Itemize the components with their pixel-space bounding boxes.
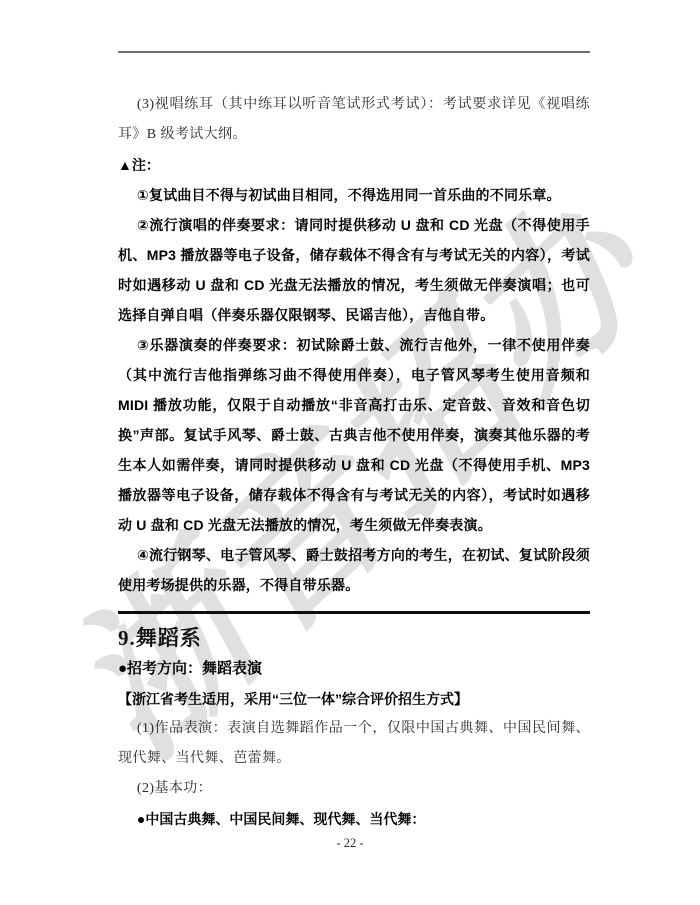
zhejiang-applicability-note: 【浙江省考生适用，采用“三位一体”综合评价招生方式】 xyxy=(118,684,590,714)
dance-item-1-performance: (1)作品表演：表演自选舞蹈作品一个，仅限中国古典舞、中国民间舞、现代舞、当代舞… xyxy=(118,714,590,774)
note-item-2: ②流行演唱的伴奏要求：请同时提供移动 U 盘和 CD 光盘（不得使用手机、MP3… xyxy=(118,210,590,330)
note-heading: ▲注： xyxy=(118,150,590,180)
page-number: - 22 - xyxy=(0,836,700,851)
admission-direction-line: ●招考方向：舞蹈表演 xyxy=(118,654,590,684)
document-body: (3)视唱练耳（其中练耳以听音笔试形式考试）：考试要求详见《视唱练耳》B 级考试… xyxy=(118,90,590,834)
paragraph-sightsinging: (3)视唱练耳（其中练耳以听音笔试形式考试）：考试要求详见《视唱练耳》B 级考试… xyxy=(118,90,590,150)
note-item-1: ①复试曲目不得与初试曲目相同，不得选用同一首乐曲的不同乐章。 xyxy=(118,180,590,210)
section-divider-rule xyxy=(118,611,590,614)
section-title-dance-department: 9.舞蹈系 xyxy=(118,622,590,654)
dance-item-2-basics: (2)基本功： xyxy=(118,774,590,804)
dance-styles-bullet: ●中国古典舞、中国民间舞、现代舞、当代舞： xyxy=(118,804,590,834)
document-page: 浙音招办 (3)视唱练耳（其中练耳以听音笔试形式考试）：考试要求详见《视唱练耳》… xyxy=(0,0,700,905)
header-rule xyxy=(118,51,590,53)
note-item-3: ③乐器演奏的伴奏要求：初试除爵士鼓、流行吉他外，一律不使用伴奏（其中流行吉他指弹… xyxy=(118,330,590,540)
note-item-4: ④流行钢琴、电子管风琴、爵士鼓招考方向的考生，在初试、复试阶段须使用考场提供的乐… xyxy=(118,540,590,600)
